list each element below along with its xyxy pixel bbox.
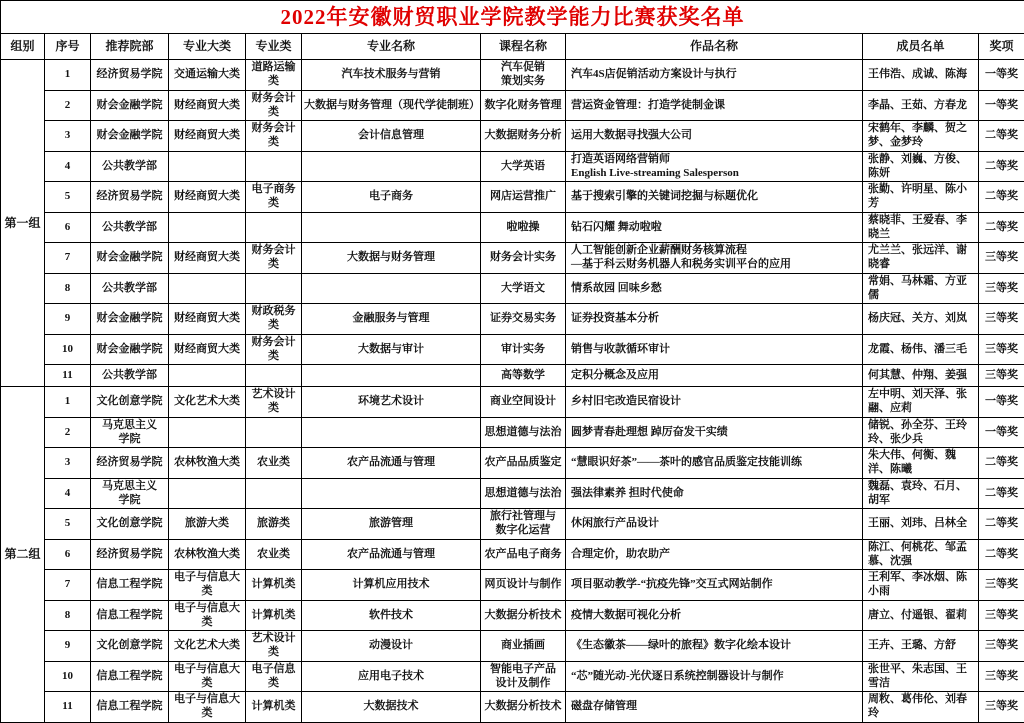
cell-course: 农产品电子商务	[481, 539, 566, 570]
column-header: 作品名称	[566, 34, 863, 60]
cell-members: 唐立、付遥银、翟莉	[863, 600, 979, 631]
cell-award: 一等奖	[979, 60, 1024, 91]
cell-category: 电子与信息大类	[169, 661, 246, 692]
cell-members: 何其慧、仲翔、姜强	[863, 365, 979, 387]
cell-college: 公共教学部	[91, 212, 169, 243]
cell-college: 马克思主义 学院	[91, 417, 169, 448]
cell-no: 8	[45, 273, 91, 304]
cell-class: 财务会计类	[246, 90, 302, 121]
cell-no: 11	[45, 692, 91, 723]
cell-major: 农产品流通与管理	[302, 448, 481, 479]
cell-no: 9	[45, 304, 91, 335]
cell-no: 3	[45, 121, 91, 152]
cell-college: 财会金融学院	[91, 243, 169, 274]
cell-category: 电子与信息大类	[169, 692, 246, 723]
cell-class: 计算机类	[246, 570, 302, 601]
table-row: 9财会金融学院财经商贸大类财政税务类金融服务与管理证券交易实务证券投资基本分析杨…	[1, 304, 1024, 335]
cell-work: 基于搜索引擎的关键词挖掘与标题优化	[566, 182, 863, 213]
page-title: 2022年安徽财贸职业学院教学能力比赛获奖名单	[1, 1, 1024, 34]
cell-category: 文化艺术大类	[169, 631, 246, 662]
cell-college: 公共教学部	[91, 273, 169, 304]
cell-award: 二等奖	[979, 539, 1024, 570]
cell-major: 大数据与财务管理（现代学徒制班）	[302, 90, 481, 121]
cell-award: 一等奖	[979, 417, 1024, 448]
cell-award: 三等奖	[979, 631, 1024, 662]
cell-work: 打造英语网络营销师 English Live-streaming Salespe…	[566, 151, 863, 182]
cell-members: 张勤、许明星、陈小芳	[863, 182, 979, 213]
cell-major: 大数据与财务管理	[302, 243, 481, 274]
cell-work: 运用大数据寻找强大公司	[566, 121, 863, 152]
cell-work: 乡村旧宅改造民宿设计	[566, 387, 863, 418]
table-row: 9文化创意学院文化艺术大类艺术设计类动漫设计商业插画《生态徽茶——绿叶的旅程》数…	[1, 631, 1024, 662]
cell-work: 合理定价，助农助产	[566, 539, 863, 570]
cell-college: 信息工程学院	[91, 692, 169, 723]
cell-course: 商业插画	[481, 631, 566, 662]
table-head: 2022年安徽财贸职业学院教学能力比赛获奖名单 组别序号推荐院部专业大类专业类专…	[1, 1, 1024, 60]
cell-work: 休闲旅行产品设计	[566, 509, 863, 540]
cell-members: 蔡晓菲、王爱春、李晓兰	[863, 212, 979, 243]
table-row: 7信息工程学院电子与信息大类计算机类计算机应用技术网页设计与制作项目驱动教学-“…	[1, 570, 1024, 601]
cell-work: 强法律素养 担时代使命	[566, 478, 863, 509]
cell-major	[302, 273, 481, 304]
cell-award: 二等奖	[979, 182, 1024, 213]
cell-college: 信息工程学院	[91, 600, 169, 631]
cell-major: 电子商务	[302, 182, 481, 213]
cell-category: 财经商贸大类	[169, 182, 246, 213]
cell-major: 汽车技术服务与营销	[302, 60, 481, 91]
group-label: 第一组	[1, 60, 45, 387]
cell-major	[302, 212, 481, 243]
cell-no: 5	[45, 509, 91, 540]
cell-award: 一等奖	[979, 90, 1024, 121]
cell-college: 文化创意学院	[91, 509, 169, 540]
cell-members: 张世平、朱志国、王雪洁	[863, 661, 979, 692]
cell-course: 大学英语	[481, 151, 566, 182]
cell-college: 信息工程学院	[91, 661, 169, 692]
cell-no: 1	[45, 60, 91, 91]
column-header: 序号	[45, 34, 91, 60]
column-header: 专业类	[246, 34, 302, 60]
cell-no: 10	[45, 661, 91, 692]
cell-major: 会计信息管理	[302, 121, 481, 152]
table-row: 4马克思主义 学院思想道德与法治强法律素养 担时代使命魏磊、袁玲、石月、胡军二等…	[1, 478, 1024, 509]
cell-members: 龙霞、杨伟、潘三毛	[863, 334, 979, 365]
cell-award: 三等奖	[979, 334, 1024, 365]
cell-award: 三等奖	[979, 692, 1024, 723]
cell-major: 金融服务与管理	[302, 304, 481, 335]
cell-major: 大数据与审计	[302, 334, 481, 365]
cell-class	[246, 417, 302, 448]
cell-award: 三等奖	[979, 570, 1024, 601]
cell-award: 二等奖	[979, 478, 1024, 509]
cell-course: 数字化财务管理	[481, 90, 566, 121]
cell-course: 审计实务	[481, 334, 566, 365]
cell-members: 常娟、马林霜、方亚儒	[863, 273, 979, 304]
cell-category: 电子与信息大类	[169, 600, 246, 631]
cell-major: 计算机应用技术	[302, 570, 481, 601]
cell-college: 经济贸易学院	[91, 182, 169, 213]
table-row: 4公共教学部大学英语打造英语网络营销师 English Live-streami…	[1, 151, 1024, 182]
cell-members: 李晶、王茹、方春龙	[863, 90, 979, 121]
table-row: 第二组1文化创意学院文化艺术大类艺术设计类环境艺术设计商业空间设计乡村旧宅改造民…	[1, 387, 1024, 418]
cell-work: 定积分概念及应用	[566, 365, 863, 387]
cell-award: 三等奖	[979, 600, 1024, 631]
cell-category: 农林牧渔大类	[169, 448, 246, 479]
cell-members: 张静、刘巍、方俊、陈妍	[863, 151, 979, 182]
cell-major	[302, 478, 481, 509]
cell-category	[169, 365, 246, 387]
cell-college: 财会金融学院	[91, 334, 169, 365]
cell-members: 陈江、何桃花、邹孟慕、沈强	[863, 539, 979, 570]
cell-course: 大数据分析技术	[481, 600, 566, 631]
cell-class: 财务会计类	[246, 121, 302, 152]
column-header: 课程名称	[481, 34, 566, 60]
cell-work: 情系故园 回味乡愁	[566, 273, 863, 304]
column-header: 成员名单	[863, 34, 979, 60]
column-header: 推荐院部	[91, 34, 169, 60]
table-row: 11信息工程学院电子与信息大类计算机类大数据技术大数据分析技术磁盘存储管理周敉、…	[1, 692, 1024, 723]
column-header: 奖项	[979, 34, 1024, 60]
table-row: 6公共教学部啦啦操钻石闪耀 舞动啦啦蔡晓菲、王爱春、李晓兰二等奖	[1, 212, 1024, 243]
cell-members: 王丽、刘玮、吕林全	[863, 509, 979, 540]
cell-category: 旅游大类	[169, 509, 246, 540]
cell-class: 财务会计类	[246, 334, 302, 365]
cell-members: 朱大伟、何衡、魏洋、陈曦	[863, 448, 979, 479]
cell-members: 宋鹤年、李麟、贺之梦、金梦玲	[863, 121, 979, 152]
cell-members: 左中明、刘天泽、张翮、应莉	[863, 387, 979, 418]
cell-class: 农业类	[246, 448, 302, 479]
cell-category: 财经商贸大类	[169, 243, 246, 274]
table-row: 11公共教学部高等数学定积分概念及应用何其慧、仲翔、姜强三等奖	[1, 365, 1024, 387]
cell-no: 2	[45, 90, 91, 121]
cell-members: 杨庆冠、关方、刘岚	[863, 304, 979, 335]
cell-category	[169, 273, 246, 304]
cell-category	[169, 478, 246, 509]
cell-course: 网店运营推广	[481, 182, 566, 213]
cell-college: 财会金融学院	[91, 90, 169, 121]
cell-no: 9	[45, 631, 91, 662]
cell-no: 3	[45, 448, 91, 479]
title-row: 2022年安徽财贸职业学院教学能力比赛获奖名单	[1, 1, 1024, 34]
table-row: 10信息工程学院电子与信息大类电子信息类应用电子技术智能电子产品 设计及制作“芯…	[1, 661, 1024, 692]
cell-no: 6	[45, 539, 91, 570]
cell-no: 7	[45, 570, 91, 601]
cell-work: 钻石闪耀 舞动啦啦	[566, 212, 863, 243]
cell-class	[246, 365, 302, 387]
cell-no: 11	[45, 365, 91, 387]
cell-college: 财会金融学院	[91, 121, 169, 152]
cell-course: 旅行社管理与 数字化运营	[481, 509, 566, 540]
cell-college: 文化创意学院	[91, 631, 169, 662]
table-row: 6经济贸易学院农林牧渔大类农业类农产品流通与管理农产品电子商务合理定价，助农助产…	[1, 539, 1024, 570]
table-row: 8公共教学部大学语文情系故园 回味乡愁常娟、马林霜、方亚儒三等奖	[1, 273, 1024, 304]
cell-class: 艺术设计类	[246, 631, 302, 662]
column-header: 专业名称	[302, 34, 481, 60]
cell-award: 二等奖	[979, 121, 1024, 152]
cell-award: 三等奖	[979, 273, 1024, 304]
document-page: 2022年安徽财贸职业学院教学能力比赛获奖名单 组别序号推荐院部专业大类专业类专…	[0, 0, 1024, 723]
cell-work: 营运资金管理：打造学徒制金课	[566, 90, 863, 121]
cell-work: 项目驱动教学-“抗疫先锋”交互式网站制作	[566, 570, 863, 601]
cell-major: 动漫设计	[302, 631, 481, 662]
cell-course: 农产品品质鉴定	[481, 448, 566, 479]
cell-work: 人工智能创新企业薪酬财务核算流程 —基于科云财务机器人和税务实训平台的应用	[566, 243, 863, 274]
cell-class	[246, 478, 302, 509]
cell-work: 疫情大数据可视化分析	[566, 600, 863, 631]
cell-college: 文化创意学院	[91, 387, 169, 418]
awards-table-body: 第一组1经济贸易学院交通运输大类道路运输类汽车技术服务与营销汽车促销 策划实务汽…	[1, 60, 1024, 723]
cell-category: 财经商贸大类	[169, 304, 246, 335]
cell-work: 汽车4S店促销活动方案设计与执行	[566, 60, 863, 91]
cell-college: 马克思主义 学院	[91, 478, 169, 509]
table-row: 10财会金融学院财经商贸大类财务会计类大数据与审计审计实务销售与收款循环审计龙霞…	[1, 334, 1024, 365]
cell-members: 周敉、葛伟伦、刘春玲	[863, 692, 979, 723]
cell-members: 魏磊、袁玲、石月、胡军	[863, 478, 979, 509]
table-row: 3财会金融学院财经商贸大类财务会计类会计信息管理大数据财务分析运用大数据寻找强大…	[1, 121, 1024, 152]
table-row: 7财会金融学院财经商贸大类财务会计类大数据与财务管理财务会计实务人工智能创新企业…	[1, 243, 1024, 274]
cell-no: 1	[45, 387, 91, 418]
cell-category	[169, 212, 246, 243]
cell-no: 5	[45, 182, 91, 213]
cell-no: 4	[45, 478, 91, 509]
cell-major	[302, 365, 481, 387]
cell-work: 磁盘存储管理	[566, 692, 863, 723]
cell-class: 旅游类	[246, 509, 302, 540]
cell-award: 三等奖	[979, 243, 1024, 274]
cell-college: 经济贸易学院	[91, 60, 169, 91]
table-row: 5文化创意学院旅游大类旅游类旅游管理旅行社管理与 数字化运营休闲旅行产品设计王丽…	[1, 509, 1024, 540]
cell-award: 三等奖	[979, 661, 1024, 692]
cell-no: 4	[45, 151, 91, 182]
cell-course: 智能电子产品 设计及制作	[481, 661, 566, 692]
cell-major: 农产品流通与管理	[302, 539, 481, 570]
cell-major: 软件技术	[302, 600, 481, 631]
table-row: 5经济贸易学院财经商贸大类电子商务类电子商务网店运营推广基于搜索引擎的关键词挖掘…	[1, 182, 1024, 213]
cell-course: 思想道德与法治	[481, 478, 566, 509]
cell-work: “芯”随光动-光伏逐日系统控制器设计与制作	[566, 661, 863, 692]
cell-work: 《生态徽茶——绿叶的旅程》数字化绘本设计	[566, 631, 863, 662]
cell-no: 10	[45, 334, 91, 365]
cell-members: 储锐、孙全芬、王玲玲、张少兵	[863, 417, 979, 448]
cell-course: 网页设计与制作	[481, 570, 566, 601]
cell-course: 大学语文	[481, 273, 566, 304]
table-row: 2财会金融学院财经商贸大类财务会计类大数据与财务管理（现代学徒制班）数字化财务管…	[1, 90, 1024, 121]
cell-major: 环境艺术设计	[302, 387, 481, 418]
cell-category	[169, 151, 246, 182]
cell-class: 艺术设计类	[246, 387, 302, 418]
cell-class: 财务会计类	[246, 243, 302, 274]
cell-category: 财经商贸大类	[169, 121, 246, 152]
cell-course: 大数据财务分析	[481, 121, 566, 152]
table-row: 3经济贸易学院农林牧渔大类农业类农产品流通与管理农产品品质鉴定“慧眼识好茶”——…	[1, 448, 1024, 479]
cell-class: 计算机类	[246, 600, 302, 631]
cell-major: 旅游管理	[302, 509, 481, 540]
cell-class: 道路运输类	[246, 60, 302, 91]
cell-major: 应用电子技术	[302, 661, 481, 692]
cell-no: 7	[45, 243, 91, 274]
table-row: 第一组1经济贸易学院交通运输大类道路运输类汽车技术服务与营销汽车促销 策划实务汽…	[1, 60, 1024, 91]
cell-no: 6	[45, 212, 91, 243]
header-row: 组别序号推荐院部专业大类专业类专业名称课程名称作品名称成员名单奖项	[1, 34, 1024, 60]
cell-college: 经济贸易学院	[91, 448, 169, 479]
group-label: 第二组	[1, 387, 45, 723]
cell-category	[169, 417, 246, 448]
cell-major	[302, 151, 481, 182]
cell-course: 财务会计实务	[481, 243, 566, 274]
cell-no: 2	[45, 417, 91, 448]
cell-class	[246, 273, 302, 304]
cell-work: 圆梦青春赴理想 踔厉奋发干实绩	[566, 417, 863, 448]
cell-award: 二等奖	[979, 212, 1024, 243]
cell-work: 销售与收款循环审计	[566, 334, 863, 365]
cell-award: 二等奖	[979, 151, 1024, 182]
column-header: 专业大类	[169, 34, 246, 60]
cell-members: 王伟浩、成诚、陈海	[863, 60, 979, 91]
awards-table: 2022年安徽财贸职业学院教学能力比赛获奖名单 组别序号推荐院部专业大类专业类专…	[0, 0, 1024, 723]
cell-course: 证券交易实务	[481, 304, 566, 335]
cell-category: 电子与信息大类	[169, 570, 246, 601]
cell-course: 啦啦操	[481, 212, 566, 243]
cell-award: 一等奖	[979, 387, 1024, 418]
cell-course: 思想道德与法治	[481, 417, 566, 448]
cell-class: 电子信息类	[246, 661, 302, 692]
cell-college: 经济贸易学院	[91, 539, 169, 570]
cell-award: 三等奖	[979, 365, 1024, 387]
cell-work: “慧眼识好茶”——茶叶的感官品质鉴定技能训练	[566, 448, 863, 479]
cell-work: 证券投资基本分析	[566, 304, 863, 335]
cell-college: 公共教学部	[91, 365, 169, 387]
cell-class: 农业类	[246, 539, 302, 570]
cell-class: 计算机类	[246, 692, 302, 723]
table-row: 2马克思主义 学院思想道德与法治圆梦青春赴理想 踔厉奋发干实绩储锐、孙全芬、王玲…	[1, 417, 1024, 448]
cell-college: 信息工程学院	[91, 570, 169, 601]
column-header: 组别	[1, 34, 45, 60]
cell-category: 财经商贸大类	[169, 334, 246, 365]
cell-members: 王利军、李冰烟、陈小雨	[863, 570, 979, 601]
cell-major: 大数据技术	[302, 692, 481, 723]
cell-award: 二等奖	[979, 448, 1024, 479]
cell-class	[246, 151, 302, 182]
cell-college: 公共教学部	[91, 151, 169, 182]
cell-class	[246, 212, 302, 243]
cell-course: 商业空间设计	[481, 387, 566, 418]
cell-category: 农林牧渔大类	[169, 539, 246, 570]
cell-course: 汽车促销 策划实务	[481, 60, 566, 91]
cell-class: 财政税务类	[246, 304, 302, 335]
cell-award: 二等奖	[979, 509, 1024, 540]
cell-award: 三等奖	[979, 304, 1024, 335]
cell-college: 财会金融学院	[91, 304, 169, 335]
table-row: 8信息工程学院电子与信息大类计算机类软件技术大数据分析技术疫情大数据可视化分析唐…	[1, 600, 1024, 631]
cell-no: 8	[45, 600, 91, 631]
cell-category: 文化艺术大类	[169, 387, 246, 418]
cell-course: 高等数学	[481, 365, 566, 387]
cell-category: 财经商贸大类	[169, 90, 246, 121]
cell-category: 交通运输大类	[169, 60, 246, 91]
cell-members: 尤兰兰、张远洋、谢晓睿	[863, 243, 979, 274]
cell-course: 大数据分析技术	[481, 692, 566, 723]
cell-members: 王卉、王璐、方舒	[863, 631, 979, 662]
cell-class: 电子商务类	[246, 182, 302, 213]
cell-major	[302, 417, 481, 448]
